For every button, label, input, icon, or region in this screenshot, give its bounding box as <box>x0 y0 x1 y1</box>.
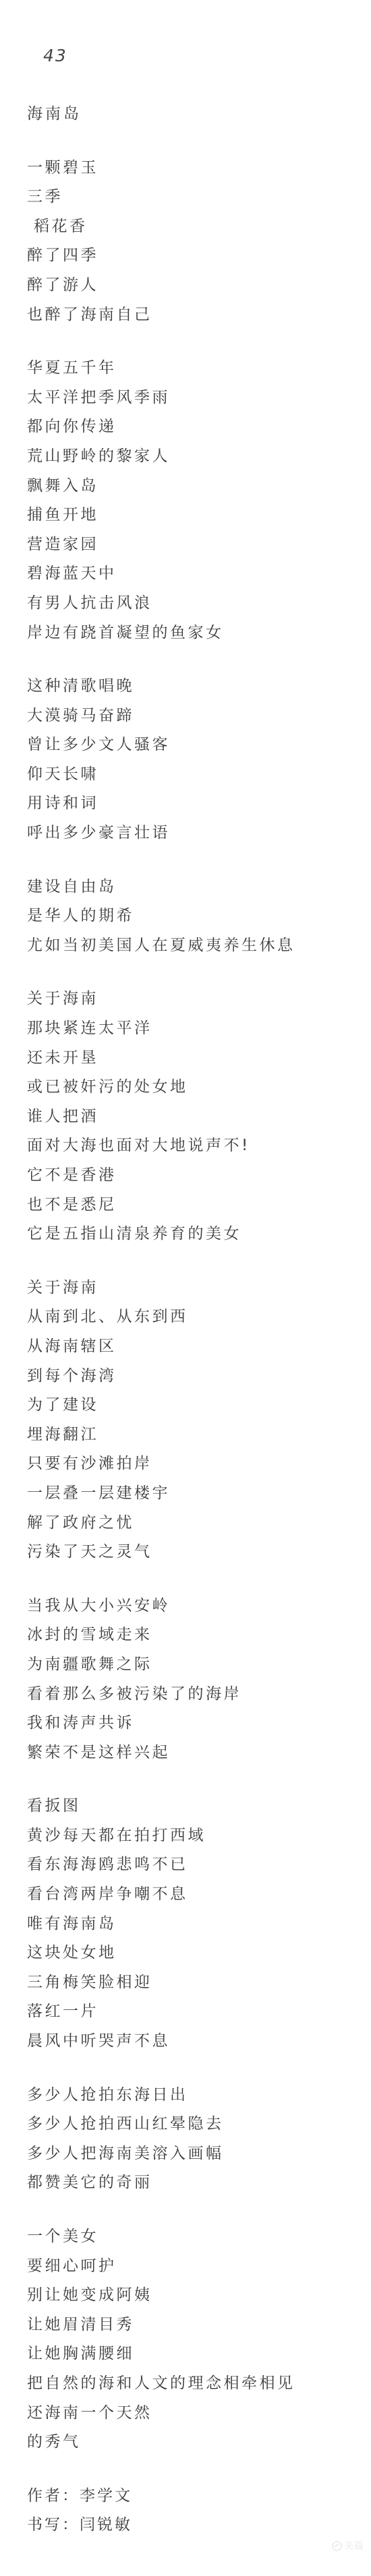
poem-line: 稻花香 <box>27 212 351 242</box>
poem-line: 岸边有跷首凝望的鱼家女 <box>27 619 351 648</box>
poem-line: 看台湾两岸争嘲不息 <box>27 1880 351 1910</box>
poem-line: 面对大海也面对大地说声不! <box>27 1131 351 1161</box>
stanza: 多少人抢拍东海日出多少人抢拍西山红晕隐去多少人把海南美溶入画幅都赞美它的奇丽 <box>27 2081 351 2198</box>
poem-line: 关于海南 <box>27 1274 351 1303</box>
poem-line: 谁人把酒 <box>27 1102 351 1132</box>
poem-line: 唯有海南岛 <box>27 1910 351 1939</box>
poem-page: 43 海南岛 一颗碧玉三季稻花香醉了四季醉了游人也醉了海南自己华夏五千年太平洋把… <box>0 0 371 2576</box>
meipian-logo-icon <box>332 2541 342 2551</box>
poem-line: 它是五指山清泉养育的美女 <box>27 1220 351 1249</box>
poem-line: 晨风中听哭声不息 <box>27 2027 351 2056</box>
poem-line: 要细心呵护 <box>27 2252 351 2282</box>
stanza: 一颗碧玉三季稻花香醉了四季醉了游人也醉了海南自己 <box>27 154 351 330</box>
poem-line: 有男人抗击风浪 <box>27 589 351 619</box>
poem-line: 是华人的期希 <box>27 902 351 931</box>
poem-line: 营造家园 <box>27 530 351 560</box>
poem-line: 一层叠一层建楼宇 <box>27 1479 351 1509</box>
poem-line: 让她胸满腰细 <box>27 2339 351 2369</box>
poem-line: 为南疆歌舞之际 <box>27 1650 351 1680</box>
poem-line: 一颗碧玉 <box>27 154 351 183</box>
poem-line: 污染了天之灵气 <box>27 1538 351 1567</box>
poem-line: 别让她变成阿姨 <box>27 2281 351 2311</box>
poem-line: 为了建设 <box>27 1391 351 1420</box>
poem-line: 从海南辖区 <box>27 1332 351 1362</box>
poem-line: 看着那么多被污染了的海岸 <box>27 1680 351 1709</box>
poem-line: 多少人把海南美溶入画幅 <box>27 2139 351 2169</box>
poem-line: 冰封的雪域走来 <box>27 1621 351 1650</box>
poem-line: 从南到北、从东到西 <box>27 1302 351 1332</box>
page-number: 43 <box>43 46 67 65</box>
poem-line: 一个美女 <box>27 2222 351 2252</box>
poem-line: 让她眉清目秀 <box>27 2311 351 2340</box>
stanza: 关于海南那块紧连太平洋还未开垦或已被奸污的处女地谁人把酒面对大海也面对大地说声不… <box>27 984 351 1249</box>
stanza: 看扳图黄沙每天都在拍打西域看东海海鸥悲鸣不已看台湾两岸争嘲不息唯有海南岛这块处女… <box>27 1792 351 2056</box>
poem-line: 那块紧连太平洋 <box>27 1014 351 1044</box>
poem-line: 三角梅笑脸相迎 <box>27 1968 351 1998</box>
poem-line: 飘舞入岛 <box>27 472 351 501</box>
poem-line: 都向你传递 <box>27 412 351 442</box>
poem-line: 也不是悉尼 <box>27 1191 351 1220</box>
poem-line: 醉了四季 <box>27 241 351 271</box>
poem-line: 繁荣不是这样兴起 <box>27 1738 351 1768</box>
poem-line: 它不是香港 <box>27 1161 351 1191</box>
poem-line: 黄沙每天都在拍打西域 <box>27 1821 351 1851</box>
poem-line: 我和涛声共诉 <box>27 1709 351 1738</box>
author-line: 作者：李学文 <box>27 2482 351 2511</box>
poem-line: 落红一片 <box>27 1997 351 2027</box>
poem-line: 碧海蓝天中 <box>27 559 351 589</box>
poem-line: 这种清歌唱晚 <box>27 672 351 701</box>
poem-line: 看东海海鸥悲鸣不已 <box>27 1850 351 1880</box>
poem: 海南岛 一颗碧玉三季稻花香醉了四季醉了游人也醉了海南自己华夏五千年太平洋把季风季… <box>27 100 351 2565</box>
poem-stanzas: 一颗碧玉三季稻花香醉了四季醉了游人也醉了海南自己华夏五千年太平洋把季风季雨都向你… <box>27 154 351 2457</box>
poem-line: 解了政府之忧 <box>27 1509 351 1538</box>
writer-line: 书写：闫锐敏 <box>27 2511 351 2540</box>
poem-line: 仰天长啸 <box>27 760 351 790</box>
poem-title: 海南岛 <box>27 100 351 129</box>
poem-line: 大漠骑马奋蹄 <box>27 701 351 731</box>
poem-line: 华夏五千年 <box>27 354 351 383</box>
stanza: 建设自由岛是华人的期希尤如当初美国人在夏威夷养生休息 <box>27 873 351 961</box>
poem-line: 也醉了海南自己 <box>27 301 351 330</box>
stanza: 一个美女要细心呵护别让她变成阿姨让她眉清目秀让她胸满腰细把自然的海和人文的理念相… <box>27 2222 351 2457</box>
poem-line: 都赞美它的奇丽 <box>27 2168 351 2198</box>
poem-line: 三季 <box>27 183 351 212</box>
stanza: 这种清歌唱晚大漠骑马奋蹄曾让多少文人骚客仰天长啸用诗和词呼出多少豪言壮语 <box>27 672 351 848</box>
poem-line: 关于海南 <box>27 984 351 1014</box>
poem-line: 当我从大小兴安岭 <box>27 1592 351 1621</box>
poem-line: 呼出多少豪言壮语 <box>27 819 351 848</box>
credits: 作者：李学文 书写：闫锐敏 <box>27 2482 351 2540</box>
poem-line: 荒山野岭的黎家人 <box>27 442 351 472</box>
poem-line: 用诗和词 <box>27 789 351 819</box>
poem-line: 的秀气 <box>27 2428 351 2457</box>
poem-line: 太平洋把季风季雨 <box>27 383 351 413</box>
stanza: 华夏五千年太平洋把季风季雨都向你传递荒山野岭的黎家人飘舞入岛捕鱼开地营造家园碧海… <box>27 354 351 648</box>
poem-line: 多少人抢拍西山红晕隐去 <box>27 2110 351 2139</box>
stanza: 当我从大小兴安岭冰封的雪域走来为南疆歌舞之际看着那么多被污染了的海岸我和涛声共诉… <box>27 1592 351 1768</box>
poem-line: 建设自由岛 <box>27 873 351 902</box>
watermark: 美篇 <box>332 2539 364 2552</box>
poem-line: 这块处女地 <box>27 1939 351 1968</box>
poem-line: 到每个海湾 <box>27 1362 351 1391</box>
poem-line: 多少人抢拍东海日出 <box>27 2081 351 2110</box>
stanza: 关于海南从南到北、从东到西从海南辖区到每个海湾为了建设埋海翻江只要有沙滩拍岸一层… <box>27 1274 351 1567</box>
poem-line: 尤如当初美国人在夏威夷养生休息 <box>27 931 351 961</box>
poem-line: 或已被奸污的处女地 <box>27 1073 351 1102</box>
poem-line: 把自然的海和人文的理念相牵相见 <box>27 2369 351 2399</box>
poem-line: 曾让多少文人骚客 <box>27 730 351 760</box>
poem-line: 还海南一个天然 <box>27 2399 351 2428</box>
poem-line: 捕鱼开地 <box>27 501 351 530</box>
watermark-text: 美篇 <box>344 2539 364 2552</box>
poem-line: 还未开垦 <box>27 1044 351 1073</box>
poem-line: 埋海翻江 <box>27 1420 351 1450</box>
poem-line: 醉了游人 <box>27 271 351 301</box>
poem-line: 只要有沙滩拍岸 <box>27 1449 351 1479</box>
poem-line: 看扳图 <box>27 1792 351 1821</box>
